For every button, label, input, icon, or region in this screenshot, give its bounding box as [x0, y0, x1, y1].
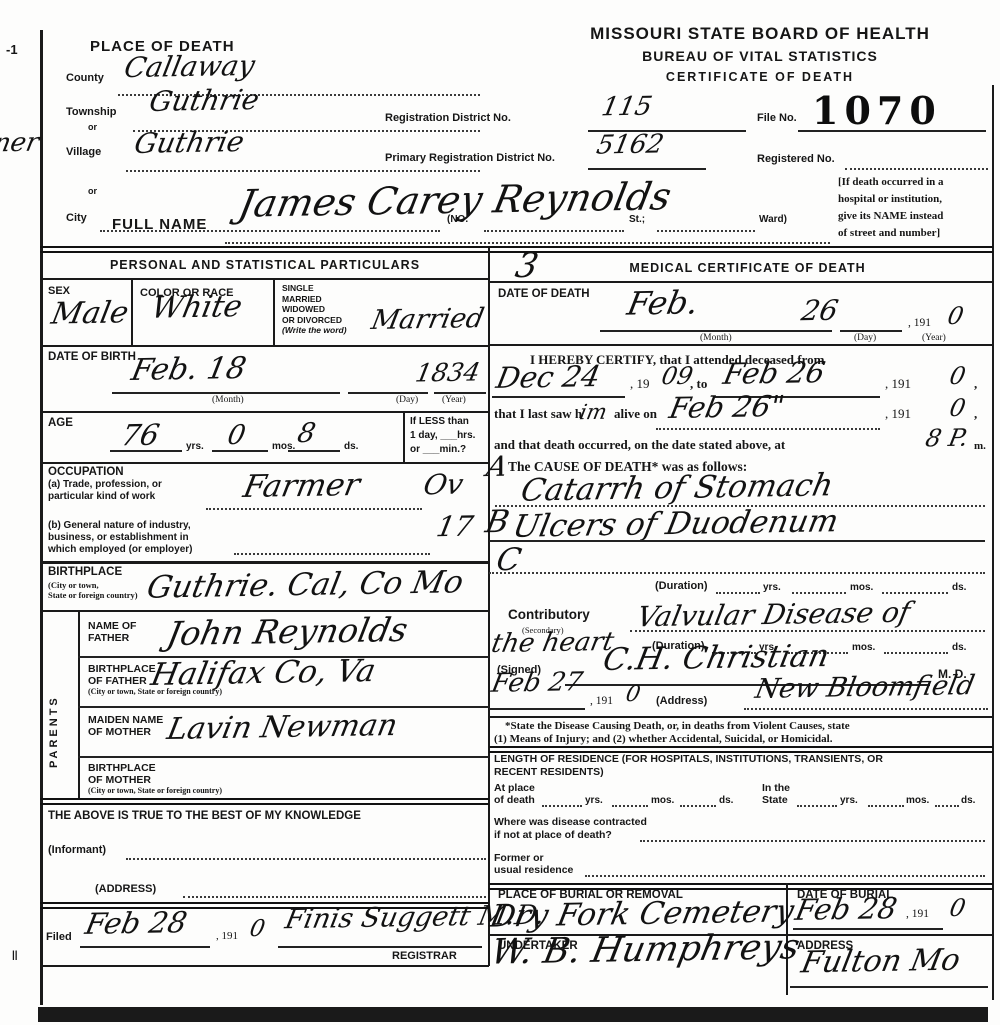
top-section-rule [40, 246, 993, 253]
board-title: MISSOURI STATE BOARD OF HEALTH [565, 24, 955, 44]
occupation-b-line [234, 553, 430, 555]
marital-option-widowed: WIDOWED [282, 304, 347, 315]
dod-year-digit: 0 [945, 302, 966, 330]
sex-row-rule [40, 345, 489, 347]
margin-mark-ov: Ov [421, 468, 466, 502]
occupation-b-line2: business, or establishment in [48, 532, 189, 543]
sex-label: SEX [48, 285, 70, 297]
attended-from-line [492, 396, 625, 398]
marital-options-label: SINGLE MARRIED WIDOWED OR DIVORCED (Writ… [282, 283, 347, 336]
filed-label: Filed [46, 931, 72, 943]
marital-write-word: (Write the word) [282, 325, 347, 336]
where-contracted-line-1: Where was disease contracted [494, 816, 647, 828]
saw-comma: , [974, 406, 977, 422]
former-residence-line [585, 875, 985, 877]
death-certificate-scan: -1 ner || PLACE OF DEATH County Callaway… [0, 0, 1000, 1025]
informant-label: (Informant) [48, 844, 106, 856]
at-place-label-2: of death [494, 794, 535, 806]
informant-line [126, 858, 486, 860]
marital-option-divorced: OR DIVORCED [282, 315, 347, 326]
full-name-value: James Carey Reynolds [235, 174, 675, 225]
age-less-line-2: 1 day, ___hrs. [410, 429, 475, 443]
contributory-ds: ds. [952, 642, 966, 653]
saw-date-line [656, 428, 880, 430]
dob-month-line [112, 392, 340, 394]
cause-duration-ds-line [882, 592, 948, 594]
saw-prefix: that I last saw h [494, 406, 582, 422]
hospital-note-line-1: [If death occurred in a [838, 174, 980, 191]
occupation-b-line3: which employed (or employer) [48, 544, 192, 555]
father-name-value: John Reynolds [164, 610, 411, 653]
cause-line-2-rule [489, 540, 985, 542]
at-place-ds-line [680, 805, 716, 807]
filed-year-printed: , 191 [216, 930, 238, 942]
contributory-line [630, 630, 985, 632]
date-of-birth-label: DATE OF BIRTH [48, 351, 136, 363]
dob-year-sublabel: (Year) [442, 395, 466, 405]
father-birthplace-line [78, 706, 489, 708]
attest-text: THE ABOVE IS TRUE TO THE BEST OF MY KNOW… [48, 810, 361, 822]
personal-section-title: PERSONAL AND STATISTICAL PARTICULARS [42, 258, 488, 272]
date-of-death-month: Feb. [624, 283, 702, 322]
death-m-label: m. [974, 440, 986, 452]
village-label: Village [66, 146, 101, 158]
margin-script-annotation: ner [0, 128, 42, 159]
undertaker-address-line [790, 986, 988, 988]
informant-address-label: (ADDRESS) [95, 883, 156, 895]
at-place-yrs-line [542, 805, 582, 807]
full-name-line [225, 242, 830, 244]
column-divider-rule [488, 248, 490, 966]
to-year-printed: , 191 [885, 376, 911, 392]
at-place-mos: mos. [651, 795, 674, 806]
marital-option-single: SINGLE [282, 283, 347, 294]
dod-day-line [840, 330, 902, 332]
marital-value: Married [369, 303, 487, 336]
physician-signature: C.H. Christian [600, 638, 832, 678]
sex-value: Male [48, 295, 131, 331]
contributory-value-2: the heart [489, 627, 617, 659]
to-comma: , [974, 376, 977, 392]
footnote-line-1: *State the Disease Causing Death, or, in… [505, 720, 850, 732]
birthplace-sub2: State or foreign country) [48, 590, 138, 600]
age-row-rule [40, 462, 489, 464]
father-name-label-2: FATHER [88, 632, 129, 644]
attended-to-value: Feb 26 [721, 355, 828, 391]
cause-line-3-rule [489, 572, 985, 574]
footnote-line-2: (1) Means of Injury; and (2) whether Acc… [494, 733, 832, 745]
date-of-death-day: 26 [799, 294, 841, 328]
occupation-a-line2: particular kind of work [48, 491, 155, 502]
age-years-value: 76 [119, 418, 163, 453]
dod-month-line [600, 330, 832, 332]
dod-day-sublabel: (Day) [854, 333, 876, 343]
occupation-b-line1: (b) General nature of industry, [48, 520, 191, 531]
hospital-note: [If death occurred in a hospital or inst… [838, 174, 980, 242]
registered-no-label: Registered No. [757, 153, 835, 165]
occupation-a-line [206, 508, 422, 510]
occupation-value: Farmer [240, 467, 363, 505]
registration-district-value: 115 [599, 92, 655, 123]
village-line [126, 170, 480, 172]
dod-year-sublabel: (Year) [922, 333, 946, 343]
cause-duration-yrs: yrs. [763, 582, 781, 593]
state-yrs: yrs. [840, 795, 858, 806]
filed-row-rule [40, 965, 489, 967]
saw-alive-label: alive on [614, 406, 657, 422]
primary-registration-label: Primary Registration District No. [385, 152, 555, 164]
mother-name-value: Lavin Newman [164, 708, 400, 747]
cause-duration-mos: mos. [850, 582, 873, 593]
to-year-digit: 0 [947, 362, 968, 390]
father-birthplace-label-1: BIRTHPLACE [88, 663, 156, 675]
date-of-death-label: DATE OF DEATH [498, 288, 590, 300]
left-border-rule [40, 30, 43, 1005]
undertaker-signature: W. B. Humphreys [488, 927, 803, 972]
registrar-label: REGISTRAR [392, 950, 457, 962]
residence-title-line-2: RECENT RESIDENTS) [494, 766, 604, 778]
contributory-label: Contributory [508, 607, 590, 622]
former-residence-line-2: usual residence [494, 864, 573, 876]
city-no-line [484, 230, 624, 232]
age-label: AGE [48, 417, 73, 429]
burial-year-digit: 0 [947, 894, 968, 922]
at-place-yrs: yrs. [585, 795, 603, 806]
at-place-label-1: At place [494, 782, 535, 794]
contributory-mos: mos. [852, 642, 875, 653]
cause-duration-label: (Duration) [655, 580, 708, 592]
age-ds-label: ds. [344, 441, 358, 452]
file-no-label: File No. [757, 112, 797, 124]
county-label: County [66, 72, 104, 84]
contributory-value: Valvular Disease of [634, 596, 913, 634]
dod-row-rule [489, 344, 993, 346]
dod-year-printed: , 191 [908, 317, 931, 329]
father-birthplace-value: Halifax Co, Va [148, 653, 379, 693]
race-cell-divider [273, 278, 275, 345]
signed-year-printed: , 191 [590, 695, 613, 707]
cause-line-1-value: Catarrh of Stomach [518, 467, 836, 508]
medical-header-rule [489, 281, 993, 283]
marital-option-married: MARRIED [282, 294, 347, 305]
color-race-value: White [148, 289, 245, 326]
saw-him-value: im [578, 400, 609, 424]
at-place-mos-line [612, 805, 648, 807]
state-ds-line [935, 805, 959, 807]
mother-birthplace-sublabel: (City or town, State or foreign country) [88, 786, 222, 795]
saw-year-printed: , 191 [885, 406, 911, 422]
primary-registration-value: 5162 [594, 129, 666, 160]
age-years-line [110, 450, 182, 452]
state-mos: mos. [906, 795, 929, 806]
mother-birthplace-label-2: OF MOTHER [88, 774, 151, 786]
corner-annotation: -1 [6, 42, 18, 57]
file-no-line [798, 130, 986, 132]
dod-month-sublabel: (Month) [700, 333, 732, 343]
full-name-label: FULL NAME [112, 216, 207, 233]
undertaker-address-value: Fulton Mo [798, 943, 963, 981]
sex-cell-divider [131, 278, 133, 345]
attended-from-value: Dec 24 [494, 359, 604, 395]
city-st-line [657, 230, 755, 232]
in-the-label-2: State [762, 794, 788, 806]
dob-row-rule [40, 411, 489, 413]
birthplace-label: BIRTHPLACE [48, 566, 122, 578]
former-residence-line-1: Former or [494, 852, 544, 864]
filed-date-value: Feb 28 [83, 905, 190, 941]
burial-date-line [793, 928, 943, 930]
signed-row-rule [489, 716, 993, 718]
saw-year-digit: 0 [947, 394, 968, 422]
registrar-signature-line [278, 946, 482, 948]
city-ward-label: Ward) [759, 214, 787, 225]
filed-year-digit: 0 [247, 916, 267, 942]
margin-mark-17: 17 [434, 510, 476, 544]
county-value: Callaway [122, 49, 258, 84]
state-mos-line [868, 805, 904, 807]
registered-no-line [845, 168, 988, 170]
mother-name-label-1: MAIDEN NAME [88, 714, 163, 726]
birthplace-value: Guthrie. Cal, Co Mo [144, 564, 467, 605]
dob-month-sublabel: (Month) [212, 395, 244, 405]
signed-date-value: Feb 27 [489, 667, 585, 699]
filed-date-line [80, 946, 210, 948]
father-name-label-1: NAME OF [88, 620, 136, 632]
medical-section-title: MEDICAL CERTIFICATE OF DEATH [560, 261, 935, 275]
bottom-black-bar [38, 1007, 988, 1022]
age-less-than-label: If LESS than 1 day, ___hrs. or ___min.? [410, 415, 475, 457]
mother-name-line [78, 756, 489, 758]
occupation-a-line1: (a) Trade, profession, or [48, 479, 162, 490]
signed-date-line [489, 708, 585, 710]
where-contracted-line [640, 840, 985, 842]
occupation-label: OCCUPATION [48, 466, 124, 478]
dob-year-line [434, 392, 486, 394]
age-months-value: 0 [225, 420, 248, 451]
contributory-ds-line [884, 652, 948, 654]
margin-mark-b: B [482, 504, 512, 540]
signed-address-label: (Address) [656, 695, 707, 707]
informant-address-line [183, 896, 486, 898]
occupation-row-rule [40, 561, 489, 564]
cause-duration-yrs-line [716, 592, 760, 594]
age-less-line-1: If LESS than [410, 415, 475, 429]
registration-district-label: Registration District No. [385, 112, 511, 124]
hospital-note-line-4: of street and number] [838, 225, 980, 242]
parents-inner-divider [78, 610, 80, 798]
parents-bottom-rule [40, 798, 489, 805]
death-occurred-line: and that death occurred, on the date sta… [494, 437, 785, 453]
city-label: City [66, 212, 87, 224]
age-less-line-3: or ___min.? [410, 443, 475, 457]
age-cell-divider [403, 411, 405, 462]
village-value: Guthrie [132, 125, 247, 160]
signed-address-value: New Bloomfield [753, 670, 978, 705]
hospital-note-line-2: hospital or institution, [838, 191, 980, 208]
mother-birthplace-label-1: BIRTHPLACE [88, 762, 156, 774]
signed-address-line [744, 708, 988, 710]
primary-registration-line [588, 168, 706, 170]
personal-header-rule [40, 278, 489, 280]
saw-date-value: Feb 26" [666, 389, 787, 425]
father-birthplace-label-2: OF FATHER [88, 675, 147, 687]
bureau-title: BUREAU OF VITAL STATISTICS [565, 48, 955, 64]
cause-duration-ds: ds. [952, 582, 966, 593]
burial-year-printed: , 191 [906, 908, 929, 920]
parents-vertical-label: PARENTS [48, 648, 60, 768]
or-label-2: or [88, 186, 97, 196]
cause-line-2-value: Ulcers of Duodenum [510, 503, 842, 545]
where-contracted-line-2: if not at place of death? [494, 829, 612, 841]
birthplace-sub1: (City or town, [48, 580, 99, 590]
in-the-label-1: In the [762, 782, 790, 794]
township-value: Guthrie [147, 83, 262, 118]
date-of-burial-value: Feb 28 [793, 891, 900, 927]
residence-title-line-1: LENGTH OF RESIDENCE (FOR HOSPITALS, INST… [494, 753, 883, 765]
township-label: Township [66, 106, 117, 118]
age-days-value: 8 [295, 418, 318, 449]
cause-duration-mos-line [792, 592, 846, 594]
dob-day-sublabel: (Day) [396, 395, 418, 405]
age-yrs-label: yrs. [186, 441, 204, 452]
state-yrs-line [797, 805, 837, 807]
edge-mark-annotation: || [12, 950, 18, 961]
footnote-rule [489, 746, 993, 753]
certificate-title: CERTIFICATE OF DEATH [565, 70, 955, 84]
dob-day-line [348, 392, 428, 394]
right-border-rule [992, 85, 994, 1000]
or-label-1: or [88, 122, 97, 132]
age-months-line [212, 450, 268, 452]
age-days-line [288, 450, 340, 452]
death-time-value: 8 P. [923, 424, 970, 453]
state-ds: ds. [961, 795, 975, 806]
file-no-stamp: 1070 [812, 88, 942, 133]
from-year-printed: , 19 [630, 376, 650, 392]
mother-name-label-2: OF MOTHER [88, 726, 151, 738]
at-place-ds: ds. [719, 795, 733, 806]
date-of-birth-value: Feb. 18 [128, 351, 249, 388]
hospital-note-line-3: give its NAME instead [838, 208, 980, 225]
date-of-birth-year: 1834 [413, 357, 483, 387]
